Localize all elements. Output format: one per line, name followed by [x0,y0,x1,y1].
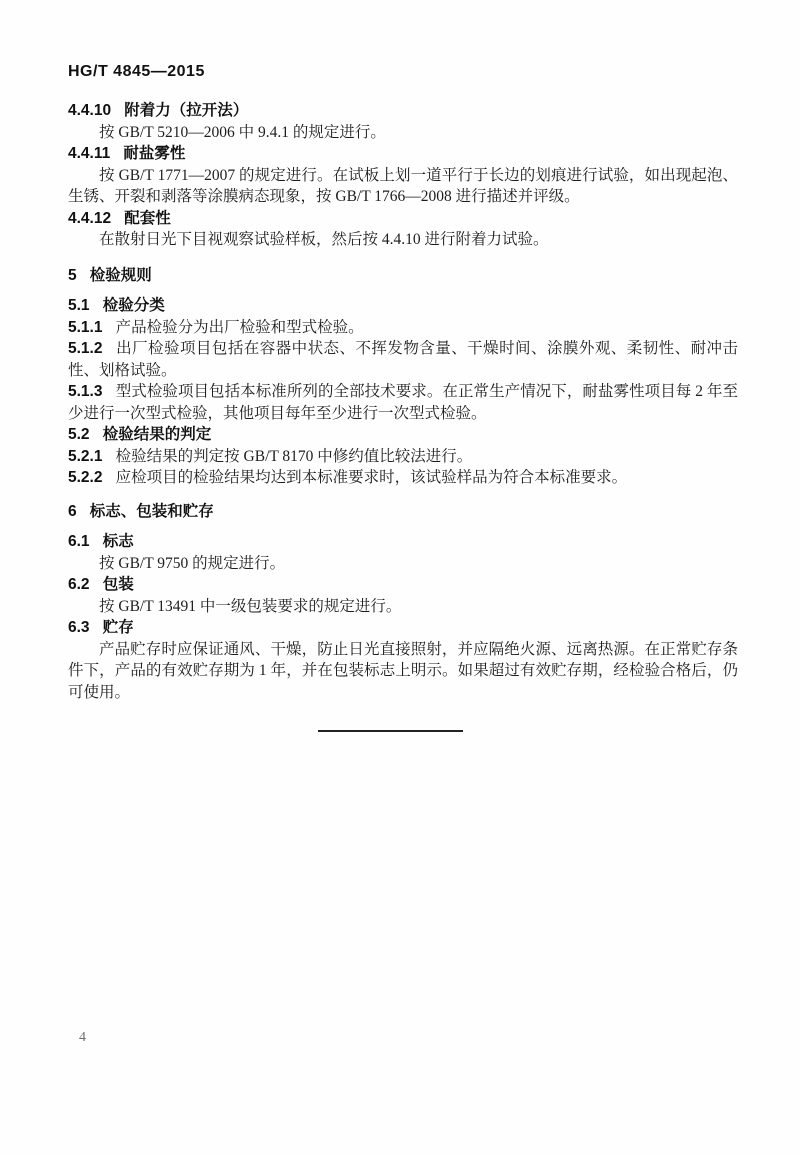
clause-heading-4-4-12: 4.4.12配套性 [68,208,738,230]
clause-title: 配套性 [124,210,171,227]
clause-heading-4-4-11: 4.4.11耐盐雾性 [68,143,738,165]
paragraph-text: 检验结果的判定按 GB/T 8170 中修约值比较法进行。 [116,448,473,465]
numbered-paragraph-5-2-2: 5.2.2应检项目的检验结果均达到本标准要求时，该试验样品为符合本标准要求。 [68,467,738,489]
clause-title: 检验结果的判定 [103,426,212,443]
clause-number: 6.2 [68,574,90,596]
clause-heading-5-2: 5.2检验结果的判定 [68,424,738,446]
clause-title: 耐盐雾性 [123,145,185,162]
numbered-paragraph-5-1-3: 5.1.3型式检验项目包括本标准所列的全部技术要求。在正常生产情况下，耐盐雾性项… [68,381,738,424]
clause-heading-6-2: 6.2包装 [68,574,738,596]
clause-heading-6-3: 6.3贮存 [68,617,738,639]
clause-number: 5.2.1 [68,446,102,468]
numbered-paragraph-5-1-2: 5.1.2出厂检验项目包括在容器中状态、不挥发物含量、干燥时间、涂膜外观、柔韧性… [68,338,738,381]
paragraph: 按 GB/T 13491 中一级包装要求的规定进行。 [68,596,738,618]
paragraph: 在散射日光下目视观察试验样板，然后按 4.4.10 进行附着力试验。 [68,229,738,251]
document-page: HG/T 4845—2015 4.4.10附着力（拉开法） 按 GB/T 521… [0,0,800,1154]
paragraph: 按 GB/T 5210—2006 中 9.4.1 的规定进行。 [68,122,738,144]
clause-title: 贮存 [103,619,134,636]
chapter-heading-6: 6标志、包装和贮存 [68,501,738,523]
standard-number-header: HG/T 4845—2015 [68,63,205,81]
paragraph-text: 出厂检验项目包括在容器中状态、不挥发物含量、干燥时间、涂膜外观、柔韧性、耐冲击性… [68,340,738,379]
numbered-paragraph-5-2-1: 5.2.1检验结果的判定按 GB/T 8170 中修约值比较法进行。 [68,446,738,468]
clause-heading-4-4-10: 4.4.10附着力（拉开法） [68,100,738,122]
clause-title: 包装 [103,576,134,593]
paragraph-text: 型式检验项目包括本标准所列的全部技术要求。在正常生产情况下，耐盐雾性项目每 2 … [68,383,738,422]
end-of-text-rule [318,730,463,732]
paragraph-text: 产品检验分为出厂检验和型式检验。 [116,319,364,336]
chapter-title: 检验规则 [90,267,152,284]
clause-heading-6-1: 6.1标志 [68,531,738,553]
clause-number: 5.2.2 [68,467,102,489]
clause-number: 4.4.12 [68,208,111,230]
chapter-number: 5 [68,265,77,287]
paragraph: 产品贮存时应保证通风、干燥，防止日光直接照射，并应隔绝火源、远离热源。在正常贮存… [68,639,738,704]
clause-number: 4.4.11 [68,143,110,165]
clause-number: 5.1 [68,295,90,317]
paragraph: 按 GB/T 1771—2007 的规定进行。在试板上划一道平行于长边的划痕进行… [68,165,738,208]
chapter-number: 6 [68,501,77,523]
clause-number: 6.3 [68,617,90,639]
document-content: 4.4.10附着力（拉开法） 按 GB/T 5210—2006 中 9.4.1 … [68,100,738,703]
clause-title: 附着力（拉开法） [124,102,248,119]
clause-number: 5.2 [68,424,90,446]
chapter-title: 标志、包装和贮存 [90,503,214,520]
chapter-heading-5: 5检验规则 [68,265,738,287]
page-number: 4 [79,1030,86,1046]
clause-number: 5.1.3 [68,381,102,403]
clause-number: 5.1.2 [68,338,102,360]
clause-heading-5-1: 5.1检验分类 [68,295,738,317]
clause-number: 4.4.10 [68,100,111,122]
clause-title: 检验分类 [103,297,165,314]
clause-title: 标志 [103,533,134,550]
paragraph-text: 应检项目的检验结果均达到本标准要求时，该试验样品为符合本标准要求。 [116,469,628,486]
paragraph: 按 GB/T 9750 的规定进行。 [68,553,738,575]
numbered-paragraph-5-1-1: 5.1.1产品检验分为出厂检验和型式检验。 [68,317,738,339]
clause-number: 5.1.1 [68,317,102,339]
clause-number: 6.1 [68,531,90,553]
